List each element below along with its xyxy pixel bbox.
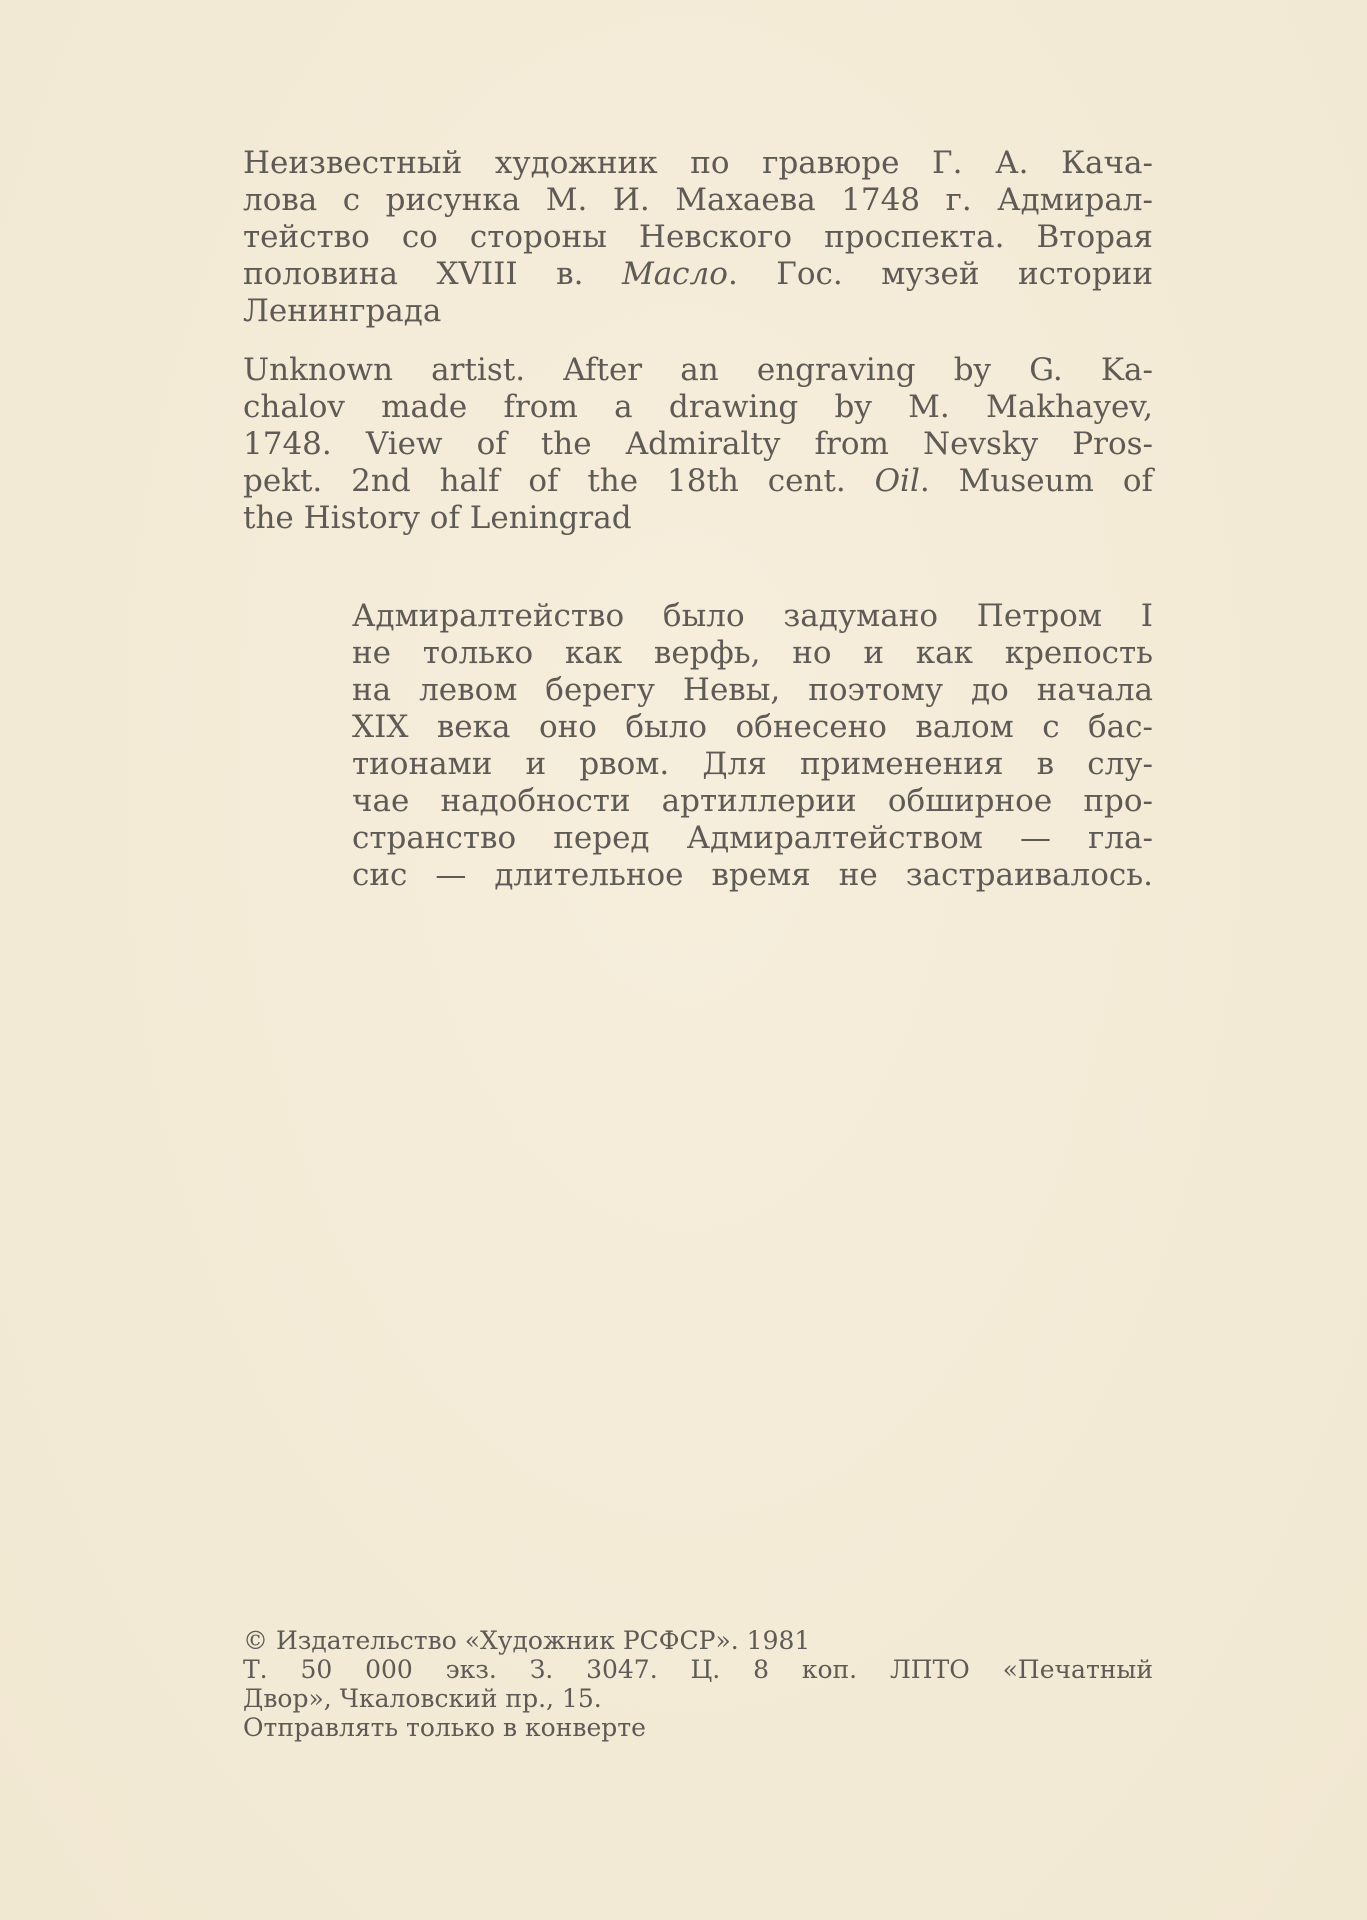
body-line: сис — длительное время не застраивалось.: [352, 857, 1153, 894]
caption-ru-line: Ленинграда: [243, 293, 1153, 330]
caption-en-line: Unknown artist. After an engraving by G.…: [243, 352, 1153, 389]
caption-en-line: the History of Leningrad: [243, 500, 1153, 537]
body-line: странство перед Адмиралтейством — гла-: [352, 820, 1153, 857]
colophon-line: Двор», Чкаловский пр., 15.: [243, 1684, 1153, 1713]
caption-english: Unknown artist. After an engraving by G.…: [243, 352, 1153, 537]
description-russian: Адмиралтейство было задумано Петром I не…: [352, 598, 1153, 894]
body-line: XIX века оно было обнесено валом с бас-: [352, 709, 1153, 746]
caption-ru-text: . Гос. музей истории: [728, 256, 1153, 292]
colophon-line: © Издательство «Художник РСФСР». 1981: [243, 1626, 938, 1655]
body-line: чае надобности артиллерии обширное про-: [352, 783, 1153, 820]
caption-en-text: pekt. 2nd half of the 18th cent.: [243, 463, 875, 499]
postcard-back: Неизвестный художник по гравюре Г. А. Ка…: [0, 0, 1367, 1920]
colophon-line: Т. 50 000 экз. З. 3047. Ц. 8 коп. ЛПТО «…: [243, 1655, 1153, 1684]
caption-en-line: 1748. View of the Admiralty from Nevsky …: [243, 426, 1153, 463]
caption-en-line: pekt. 2nd half of the 18th cent. Oil. Mu…: [243, 463, 1153, 500]
medium-italic: Oil: [875, 463, 920, 499]
caption-ru-line: половина XVIII в. Масло. Гос. музей исто…: [243, 256, 1153, 293]
caption-en-text: . Museum of: [920, 463, 1153, 499]
body-line: Адмиралтейство было задумано Петром I: [352, 598, 1153, 635]
caption-ru-line: тейство со стороны Невского проспекта. В…: [243, 219, 1153, 256]
body-line: тионами и рвом. Для применения в слу-: [352, 746, 1153, 783]
medium-italic: Масло: [622, 256, 728, 292]
caption-ru-line: Неизвестный художник по гравюре Г. А. Ка…: [243, 145, 1153, 182]
caption-ru-text: половина XVIII в.: [243, 256, 622, 292]
caption-russian: Неизвестный художник по гравюре Г. А. Ка…: [243, 145, 1153, 330]
body-line: не только как верфь, но и как крепость: [352, 635, 1153, 672]
body-line: на левом берегу Невы, поэтому до начала: [352, 672, 1153, 709]
publisher-colophon: © Издательство «Художник РСФСР». 1981 Т.…: [243, 1626, 1153, 1742]
caption-ru-line: лова с рисунка М. И. Махаева 1748 г. Адм…: [243, 182, 1153, 219]
caption-en-line: chalov made from a drawing by M. Makhaye…: [243, 389, 1153, 426]
colophon-line: Отправлять только в конверте: [243, 1713, 1153, 1742]
